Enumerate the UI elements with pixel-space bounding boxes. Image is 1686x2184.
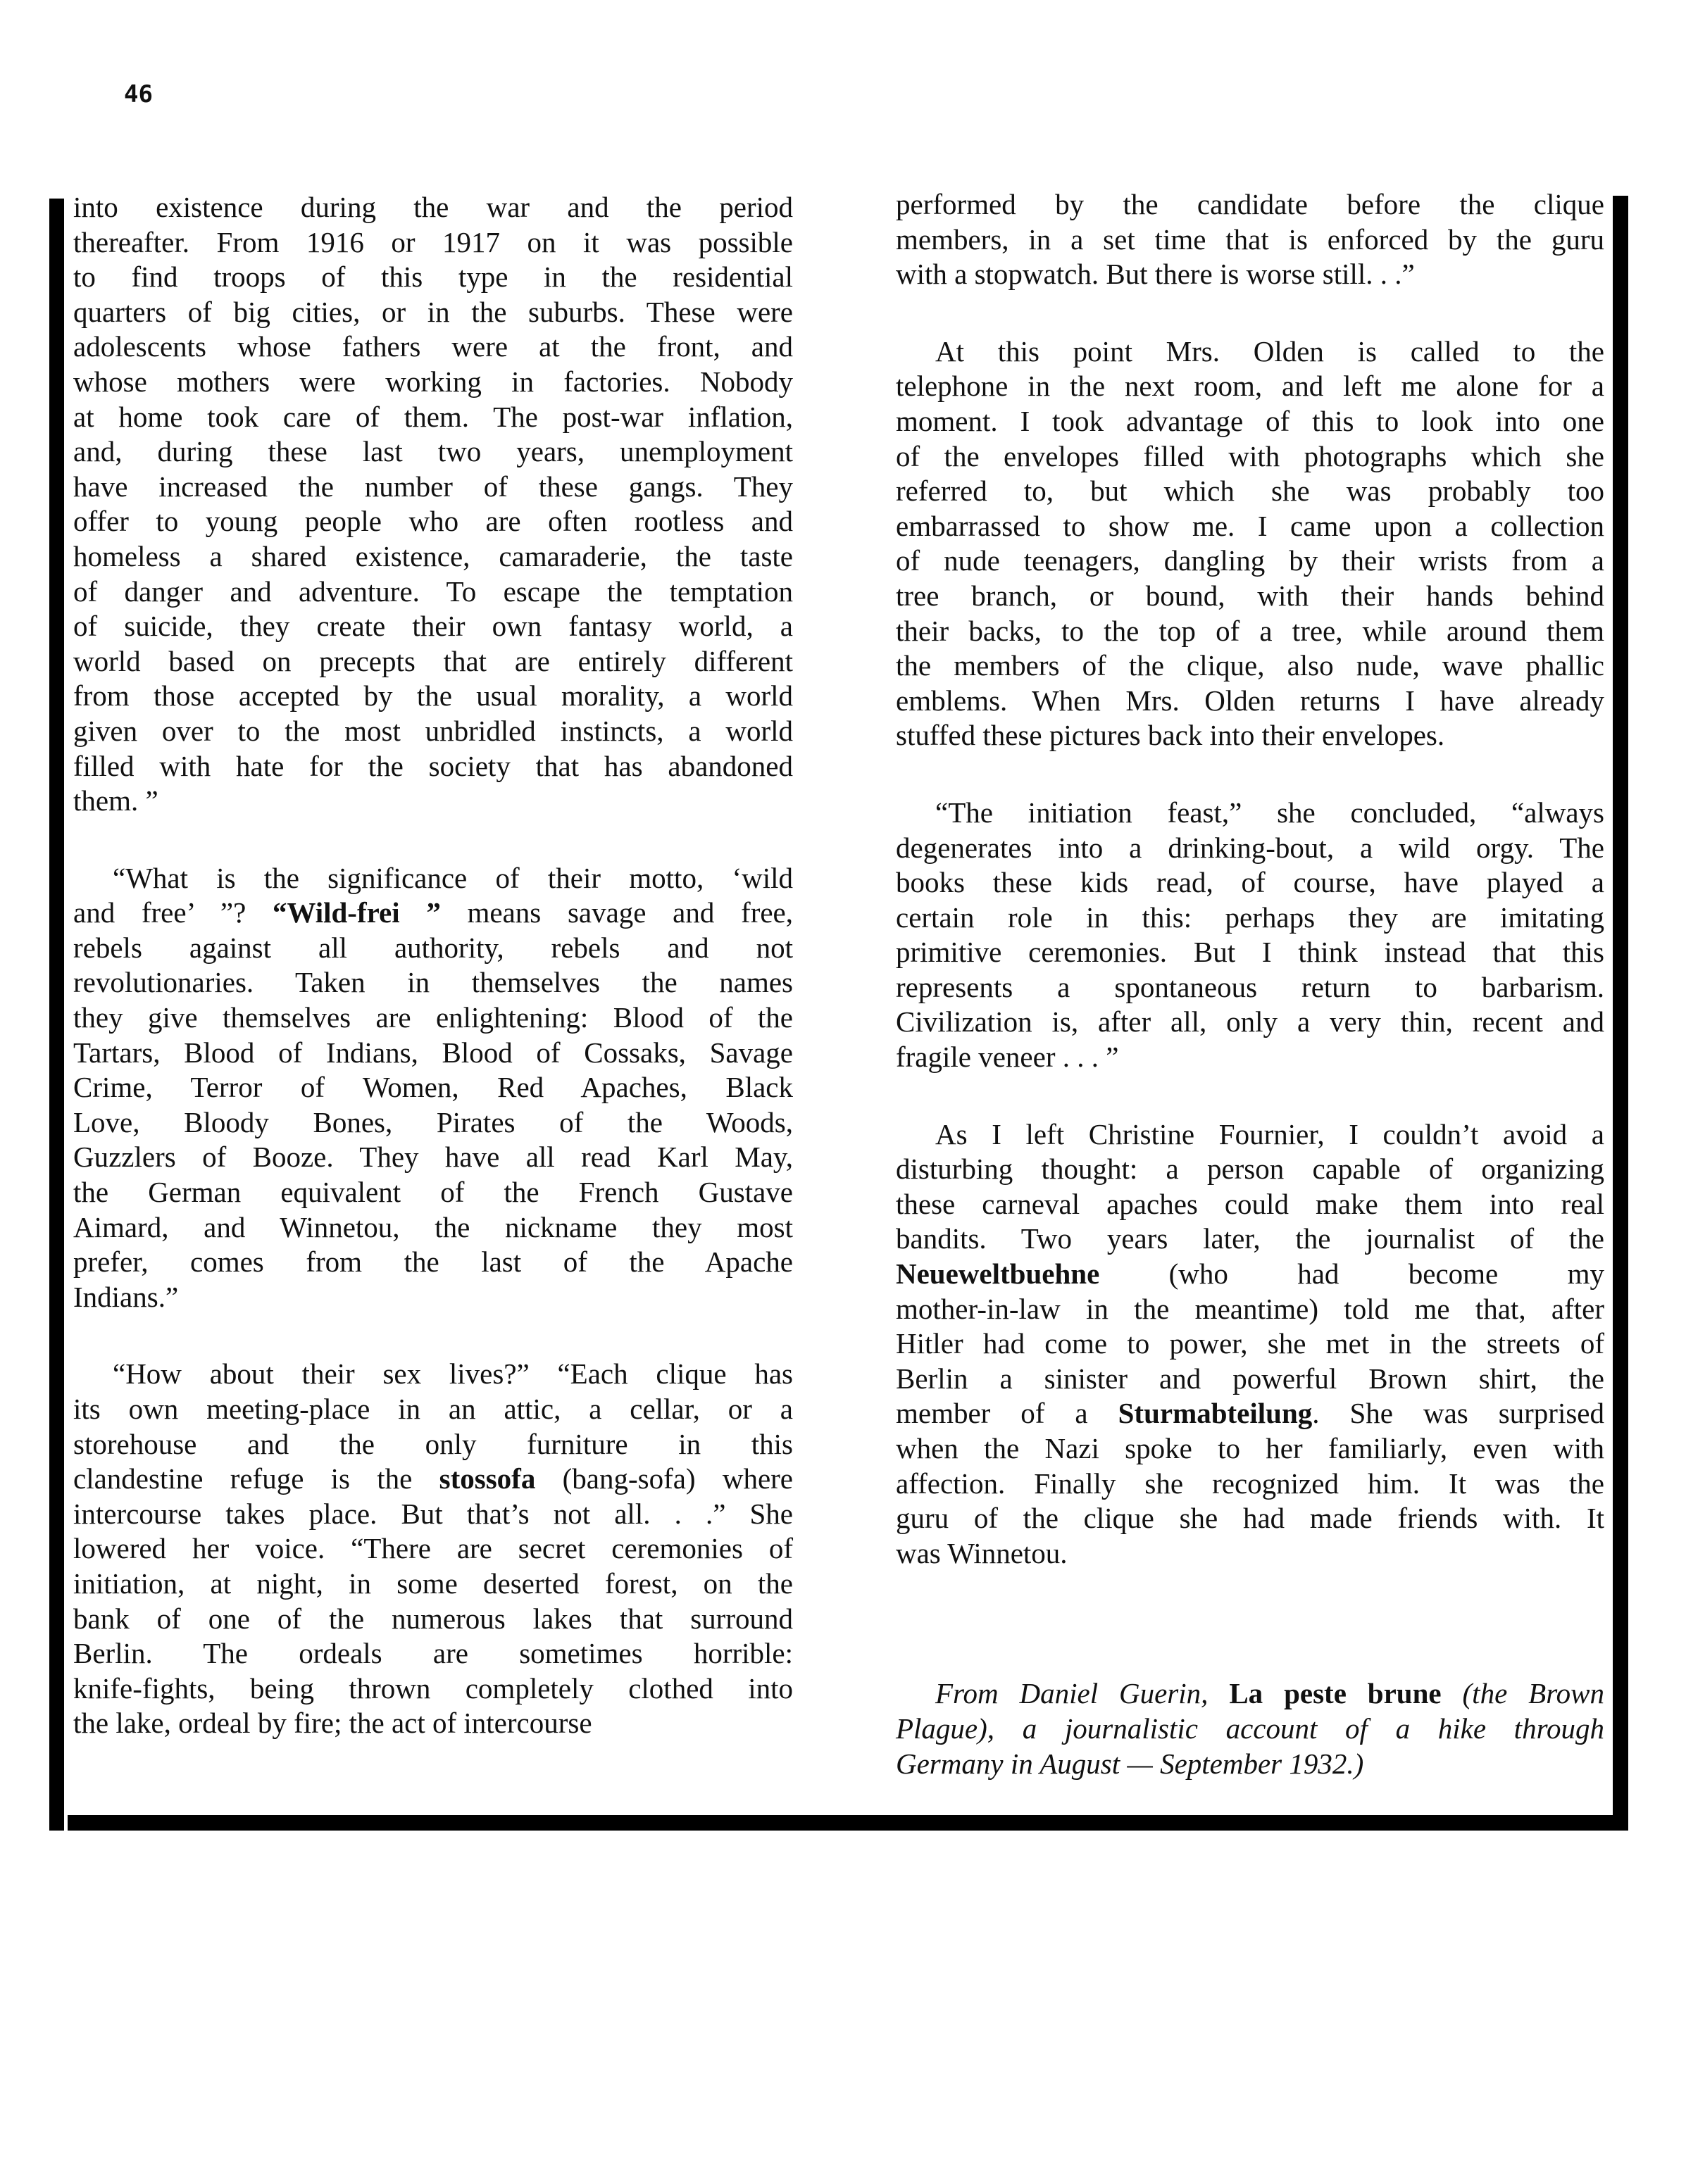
text-line: degenerates into a drinking-bout, a wild… bbox=[896, 831, 1604, 866]
text-line: Love, Bloody Bones, Pirates of the Woods… bbox=[73, 1105, 793, 1141]
text-line: rebels against all authority, rebels and… bbox=[73, 931, 793, 966]
text-line: emblems. When Mrs. Olden returns I have … bbox=[896, 684, 1604, 719]
source-title: La peste brune bbox=[1229, 1677, 1441, 1709]
text-line: was Winnetou. bbox=[896, 1536, 1604, 1571]
text-line: from those accepted by the usual moralit… bbox=[73, 679, 793, 714]
text-line: primitive ceremonies. But I think instea… bbox=[896, 935, 1604, 970]
text-line: Berlin a sinister and powerful Brown shi… bbox=[896, 1362, 1604, 1397]
text-line: they give themselves are enlightening: B… bbox=[73, 1000, 793, 1036]
text-line: performed by the candidate before the cl… bbox=[896, 187, 1604, 222]
paragraph-gap bbox=[896, 753, 1604, 796]
frame-left-rule bbox=[49, 199, 64, 1831]
paragraph-gap bbox=[73, 819, 793, 861]
text-line: to find troops of this type in the resid… bbox=[73, 260, 793, 295]
text-line: fragile veneer . . . ” bbox=[896, 1040, 1604, 1075]
paragraph: “How about their sex lives?” “Each cliqu… bbox=[73, 1357, 793, 1741]
text-line: bandits. Two years later, the journalist… bbox=[896, 1222, 1604, 1257]
source-note-line-3: Germany in August — September 1932.) bbox=[896, 1747, 1604, 1782]
text-line: disturbing thought: a person capable of … bbox=[896, 1152, 1604, 1187]
text-line: of the envelopes filled with photographs… bbox=[896, 439, 1604, 475]
text-line: of nude teenagers, dangling by their wri… bbox=[896, 544, 1604, 579]
text-line: of danger and adventure. To escape the t… bbox=[73, 575, 793, 610]
text-line: embarrassed to show me. I came upon a co… bbox=[896, 509, 1604, 544]
text-line: the lake, ordeal by fire; the act of int… bbox=[73, 1706, 793, 1741]
text-line: At this point Mrs. Olden is called to th… bbox=[896, 334, 1604, 370]
text-line: represents a spontaneous return to barba… bbox=[896, 970, 1604, 1005]
paragraph: into existence during the war and the pe… bbox=[73, 190, 793, 819]
text-line: adolescents whose fathers were at the fr… bbox=[73, 330, 793, 365]
text-line: bank of one of the numerous lakes that s… bbox=[73, 1602, 793, 1637]
text-line: and free’ ”? “Wild-frei ” means savage a… bbox=[73, 896, 793, 931]
text-line: Berlin. The ordeals are sometimes horrib… bbox=[73, 1636, 793, 1671]
text-line: mother-in-law in the meantime) told me t… bbox=[896, 1292, 1604, 1327]
text-line: the German equivalent of the French Gust… bbox=[73, 1175, 793, 1210]
text-line: into existence during the war and the pe… bbox=[73, 190, 793, 225]
text-line: storehouse and the only furniture in thi… bbox=[73, 1427, 793, 1462]
text-line: knife-fights, being thrown completely cl… bbox=[73, 1671, 793, 1707]
text-line: filled with hate for the society that ha… bbox=[73, 749, 793, 784]
frame-right-rule bbox=[1613, 196, 1628, 1831]
text-line: “How about their sex lives?” “Each cliqu… bbox=[73, 1357, 793, 1392]
emphasis-term: Neueweltbuehne bbox=[896, 1257, 1099, 1290]
paragraph-gap bbox=[896, 292, 1604, 334]
paragraph: “The initiation feast,” she concluded, “… bbox=[896, 796, 1604, 1075]
text-line: prefer, comes from the last of the Apach… bbox=[73, 1245, 793, 1280]
text-line: quarters of big cities, or in the suburb… bbox=[73, 295, 793, 330]
source-author: From Daniel Guerin, bbox=[935, 1677, 1208, 1709]
left-column: into existence during the war and the pe… bbox=[73, 190, 793, 1741]
text-line: tree branch, or bound, with their hands … bbox=[896, 579, 1604, 614]
text-line: have increased the number of these gangs… bbox=[73, 470, 793, 505]
text-line: guru of the clique she had made friends … bbox=[896, 1501, 1604, 1536]
text-line: thereafter. From 1916 or 1917 on it was … bbox=[73, 225, 793, 261]
page-number: 46 bbox=[124, 80, 153, 108]
text-line: given over to the most unbridled instinc… bbox=[73, 714, 793, 749]
text-line: them. ” bbox=[73, 784, 793, 819]
right-column: performed by the candidate before the cl… bbox=[896, 187, 1604, 1781]
text-line: revolutionaries. Taken in themselves the… bbox=[73, 965, 793, 1000]
text-line: Aimard, and Winnetou, the nickname they … bbox=[73, 1210, 793, 1245]
text-line: homeless a shared existence, camaraderie… bbox=[73, 539, 793, 575]
text-line: Neueweltbuehne (who had become my bbox=[896, 1257, 1604, 1292]
text-line: when the Nazi spoke to her familiarly, e… bbox=[896, 1431, 1604, 1467]
emphasis-term: Sturmabteilung bbox=[1118, 1397, 1313, 1429]
source-note-line-1: From Daniel Guerin, La peste brune (the … bbox=[896, 1676, 1604, 1712]
text-line: members, in a set time that is enforced … bbox=[896, 222, 1604, 258]
text-line: certain role in this: perhaps they are i… bbox=[896, 900, 1604, 936]
text-line: Hitler had come to power, she met in the… bbox=[896, 1326, 1604, 1362]
text-line: “What is the significance of their motto… bbox=[73, 861, 793, 896]
text-line: “The initiation feast,” she concluded, “… bbox=[896, 796, 1604, 831]
text-line: Crime, Terror of Women, Red Apaches, Bla… bbox=[73, 1070, 793, 1105]
text-line: with a stopwatch. But there is worse sti… bbox=[896, 257, 1604, 292]
paragraph: performed by the candidate before the cl… bbox=[896, 187, 1604, 292]
text-line: stuffed these pictures back into their e… bbox=[896, 718, 1604, 753]
paragraph: As I left Christine Fournier, I couldn’t… bbox=[896, 1117, 1604, 1571]
text-line: clandestine refuge is the stossofa (bang… bbox=[73, 1462, 793, 1497]
text-line: lowered her voice. “There are secret cer… bbox=[73, 1531, 793, 1567]
text-line: Indians.” bbox=[73, 1280, 793, 1315]
text-line: at home took care of them. The post-war … bbox=[73, 400, 793, 435]
text-line: telephone in the next room, and left me … bbox=[896, 369, 1604, 404]
text-line: initiation, at night, in some deserted f… bbox=[73, 1567, 793, 1602]
paragraph: At this point Mrs. Olden is called to th… bbox=[896, 334, 1604, 753]
text-line: intercourse takes place. But that’s not … bbox=[73, 1497, 793, 1532]
emphasis-term: “Wild-frei ” bbox=[273, 896, 441, 929]
text-line: world based on precepts that are entirel… bbox=[73, 644, 793, 679]
text-line: Guzzlers of Booze. They have all read Ka… bbox=[73, 1140, 793, 1175]
text-line: these carneval apaches could make them i… bbox=[896, 1187, 1604, 1222]
text-line: the members of the clique, also nude, wa… bbox=[896, 648, 1604, 684]
source-title-translation: (the Brown bbox=[1463, 1677, 1604, 1709]
frame-bottom-rule bbox=[68, 1815, 1628, 1831]
paragraph-gap bbox=[73, 1314, 793, 1357]
text-line: member of a Sturmabteilung. She was surp… bbox=[896, 1396, 1604, 1431]
text-line: affection. Finally she recognized him. I… bbox=[896, 1467, 1604, 1502]
paragraph: “What is the significance of their motto… bbox=[73, 861, 793, 1315]
text-line: whose mothers were working in factories.… bbox=[73, 365, 793, 400]
text-line: referred to, but which she was probably … bbox=[896, 474, 1604, 509]
text-line: and, during these last two years, unempl… bbox=[73, 434, 793, 470]
text-line: their backs, to the top of a tree, while… bbox=[896, 614, 1604, 649]
paragraph-gap bbox=[896, 1571, 1604, 1676]
text-line: Tartars, Blood of Indians, Blood of Coss… bbox=[73, 1036, 793, 1071]
paragraph-gap bbox=[896, 1075, 1604, 1117]
text-line: As I left Christine Fournier, I couldn’t… bbox=[896, 1117, 1604, 1153]
text-line: its own meeting-place in an attic, a cel… bbox=[73, 1392, 793, 1427]
text-line: Civilization is, after all, only a very … bbox=[896, 1005, 1604, 1040]
source-note: From Daniel Guerin, La peste brune (the … bbox=[896, 1676, 1604, 1781]
text-line: of suicide, they create their own fantas… bbox=[73, 609, 793, 644]
emphasis-term: stossofa bbox=[439, 1462, 536, 1495]
text-line: books these kids read, of course, have p… bbox=[896, 865, 1604, 900]
text-line: moment. I took advantage of this to look… bbox=[896, 404, 1604, 439]
source-note-line-2: Plague), a journalistic account of a hik… bbox=[896, 1712, 1604, 1747]
text-line: offer to young people who are often root… bbox=[73, 504, 793, 539]
